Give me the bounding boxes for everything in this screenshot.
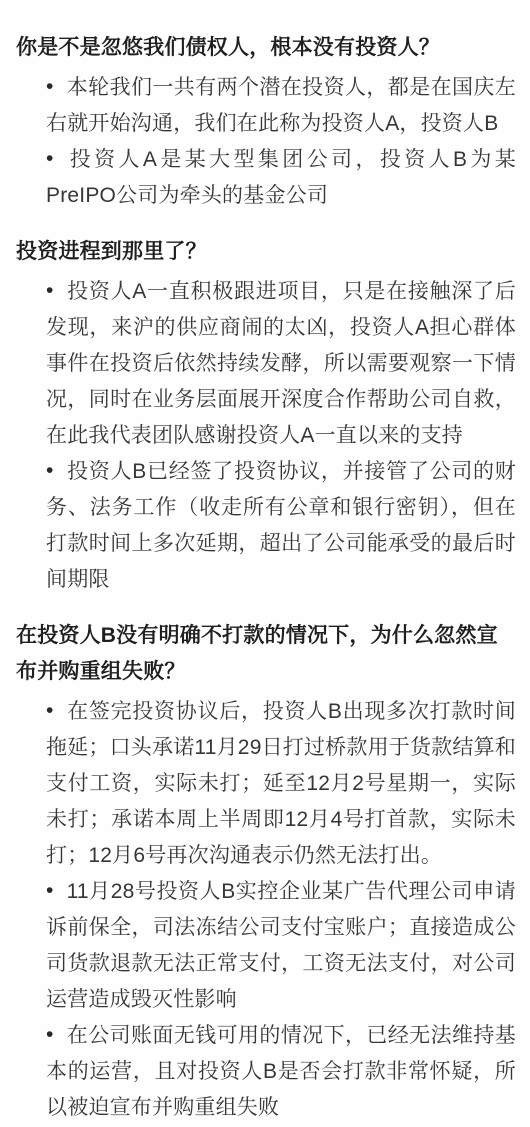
bullet-list: •在签完投资协议后，投资人B出现多次打款时间拖延；口头承诺11月29日打过桥款用…: [16, 694, 516, 1126]
section-heading: 投资进程到那里了？: [16, 234, 516, 270]
bullet-icon: •: [46, 273, 54, 309]
list-item-text: 11月28号投资人B实控企业某广告代理公司申请诉前保全，司法冻结公司支付宝账户；…: [46, 880, 516, 1011]
section-heading: 在投资人B没有明确不打款的情况下，为什么忽然宣布并购重组失败？: [16, 618, 516, 690]
bullet-icon: •: [46, 693, 54, 729]
list-item-text: 投资人A是某大型集团公司，投资人B为某PreIPO公司为牵头的基金公司: [46, 148, 516, 207]
bullet-icon: •: [46, 69, 54, 105]
list-item-text: 本轮我们一共有两个潜在投资人，都是在国庆左右就开始沟通，我们在此称为投资人A，投…: [46, 76, 516, 135]
bullet-list: •投资人A一直积极跟进项目，只是在接触深了后发现，来沪的供应商闹的太凶，投资人A…: [16, 274, 516, 598]
section-investor-existence: 你是不是忽悠我们债权人，根本没有投资人？ •本轮我们一共有两个潜在投资人，都是在…: [16, 30, 516, 214]
list-item-text: 投资人B已经签了投资协议，并接管了公司的财务、法务工作（收走所有公章和银行密钥）…: [46, 460, 516, 591]
list-item: •投资人B已经签了投资协议，并接管了公司的财务、法务工作（收走所有公章和银行密钥…: [46, 454, 516, 598]
bullet-icon: •: [46, 453, 54, 489]
list-item: •在公司账面无钱可用的情况下，已经无法维持基本的运营，且对投资人B是否会打款非常…: [46, 1018, 516, 1126]
list-item: •投资人A一直积极跟进项目，只是在接触深了后发现，来沪的供应商闹的太凶，投资人A…: [46, 274, 516, 454]
bullet-icon: •: [46, 873, 54, 909]
section-restructuring-failure: 在投资人B没有明确不打款的情况下，为什么忽然宣布并购重组失败？ •在签完投资协议…: [16, 618, 516, 1126]
section-heading: 你是不是忽悠我们债权人，根本没有投资人？: [16, 30, 516, 66]
list-item: •11月28号投资人B实控企业某广告代理公司申请诉前保全，司法冻结公司支付宝账户…: [46, 874, 516, 1018]
list-item: •投资人A是某大型集团公司，投资人B为某PreIPO公司为牵头的基金公司: [46, 142, 516, 214]
document-page: 你是不是忽悠我们债权人，根本没有投资人？ •本轮我们一共有两个潜在投资人，都是在…: [0, 0, 530, 1127]
list-item: •在签完投资协议后，投资人B出现多次打款时间拖延；口头承诺11月29日打过桥款用…: [46, 694, 516, 874]
list-item: •本轮我们一共有两个潜在投资人，都是在国庆左右就开始沟通，我们在此称为投资人A，…: [46, 70, 516, 142]
list-item-text: 投资人A一直积极跟进项目，只是在接触深了后发现，来沪的供应商闹的太凶，投资人A担…: [46, 280, 516, 447]
section-investment-progress: 投资进程到那里了？ •投资人A一直积极跟进项目，只是在接触深了后发现，来沪的供应…: [16, 234, 516, 598]
bullet-list: •本轮我们一共有两个潜在投资人，都是在国庆左右就开始沟通，我们在此称为投资人A，…: [16, 70, 516, 214]
bullet-icon: •: [46, 1017, 54, 1053]
list-item-text: 在公司账面无钱可用的情况下，已经无法维持基本的运营，且对投资人B是否会打款非常怀…: [46, 1024, 516, 1119]
list-item-text: 在签完投资协议后，投资人B出现多次打款时间拖延；口头承诺11月29日打过桥款用于…: [46, 700, 516, 867]
bullet-icon: •: [46, 141, 54, 177]
